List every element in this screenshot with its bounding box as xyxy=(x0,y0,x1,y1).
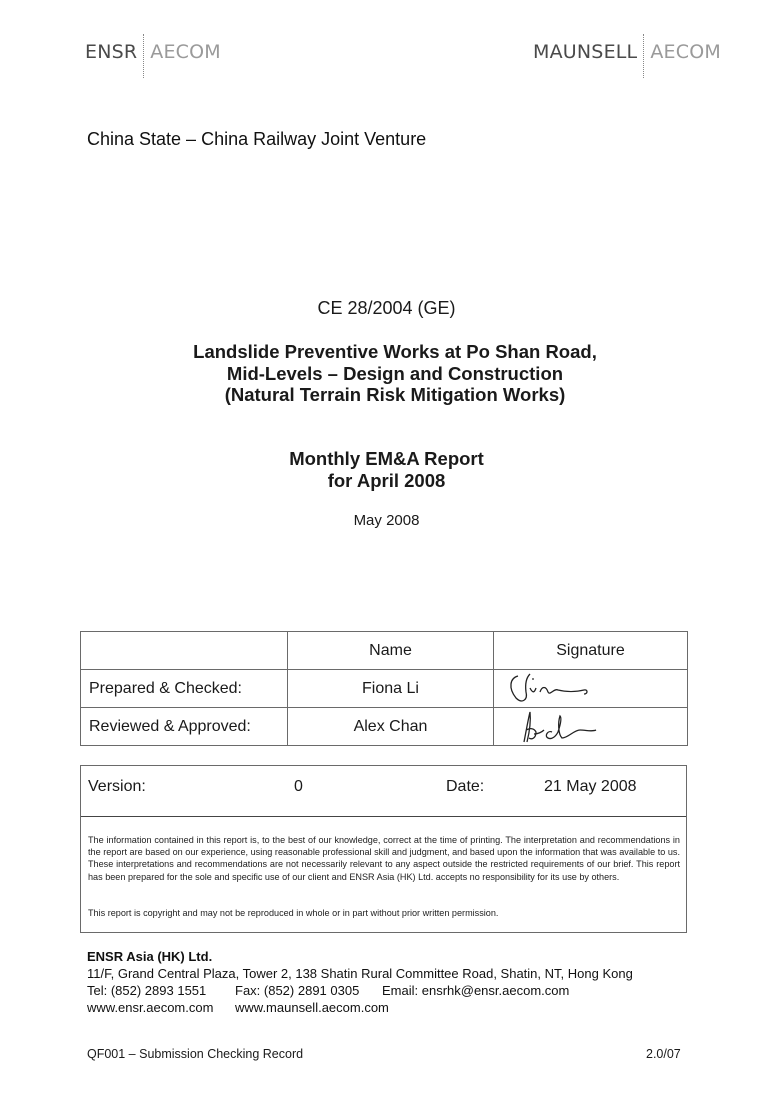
header-cell-signature: Signature xyxy=(494,632,688,670)
report-title-line-1: Monthly EM&A Report xyxy=(0,448,773,470)
header-cell-empty xyxy=(81,632,288,670)
report-title: Monthly EM&A Report for April 2008 xyxy=(0,448,773,491)
form-id: QF001 – Submission Checking Record xyxy=(87,1047,303,1061)
name-cell: Alex Chan xyxy=(288,708,494,746)
signature-cell xyxy=(494,708,688,746)
logo-secondary-text: AECOM xyxy=(650,41,721,63)
header-cell-name: Name xyxy=(288,632,494,670)
form-version: 2.0/07 xyxy=(646,1047,681,1061)
version-label: Version: xyxy=(88,778,146,796)
logo-divider xyxy=(143,34,144,78)
copyright-notice: This report is copyright and may not be … xyxy=(88,908,498,918)
company-web-row: www.ensr.aecom.comwww.maunsell.aecom.com xyxy=(87,999,633,1016)
version-box: Version: 0 Date: 21 May 2008 The informa… xyxy=(80,765,687,933)
logo-primary-text: ENSR xyxy=(85,41,137,63)
role-cell: Reviewed & Approved: xyxy=(81,708,288,746)
logo-divider xyxy=(643,34,644,78)
company-tel: Tel: (852) 2893 1551 xyxy=(87,982,235,999)
signature-icon xyxy=(496,670,686,707)
signoff-table: Name Signature Prepared & Checked: Fiona… xyxy=(80,631,688,746)
company-website-ensr[interactable]: www.ensr.aecom.com xyxy=(87,999,235,1016)
company-website-maunsell[interactable]: www.maunsell.aecom.com xyxy=(235,999,389,1016)
company-fax: Fax: (852) 2891 0305 xyxy=(235,982,382,999)
contract-reference: CE 28/2004 (GE) xyxy=(0,298,773,319)
client-name: China State – China Railway Joint Ventur… xyxy=(87,129,426,150)
logo-secondary-text: AECOM xyxy=(150,41,221,63)
project-title: Landslide Preventive Works at Po Shan Ro… xyxy=(190,341,600,406)
company-contact-block: ENSR Asia (HK) Ltd. 11/F, Grand Central … xyxy=(87,948,633,1016)
maunsell-aecom-logo: MAUNSELL AECOM xyxy=(533,30,721,74)
table-row: Reviewed & Approved: Alex Chan xyxy=(81,708,688,746)
company-address: 11/F, Grand Central Plaza, Tower 2, 138 … xyxy=(87,965,633,982)
ensr-aecom-logo: ENSR AECOM xyxy=(85,30,221,74)
logo-primary-text: MAUNSELL xyxy=(533,41,637,63)
report-title-line-2: for April 2008 xyxy=(0,470,773,492)
name-cell: Fiona Li xyxy=(288,670,494,708)
version-value: 0 xyxy=(294,778,303,796)
table-header-row: Name Signature xyxy=(81,632,688,670)
date-value: 21 May 2008 xyxy=(544,778,637,796)
company-email[interactable]: Email: ensrhk@ensr.aecom.com xyxy=(382,982,569,999)
signature-icon xyxy=(496,708,686,745)
date-label: Date: xyxy=(446,778,484,796)
company-phone-row: Tel: (852) 2893 1551Fax: (852) 2891 0305… xyxy=(87,982,633,999)
role-cell: Prepared & Checked: xyxy=(81,670,288,708)
table-row: Prepared & Checked: Fiona Li xyxy=(81,670,688,708)
issue-date: May 2008 xyxy=(0,512,773,529)
signature-cell xyxy=(494,670,688,708)
disclaimer-text: The information contained in this report… xyxy=(88,834,680,883)
company-name: ENSR Asia (HK) Ltd. xyxy=(87,948,633,965)
version-row: Version: 0 Date: 21 May 2008 xyxy=(81,766,686,817)
